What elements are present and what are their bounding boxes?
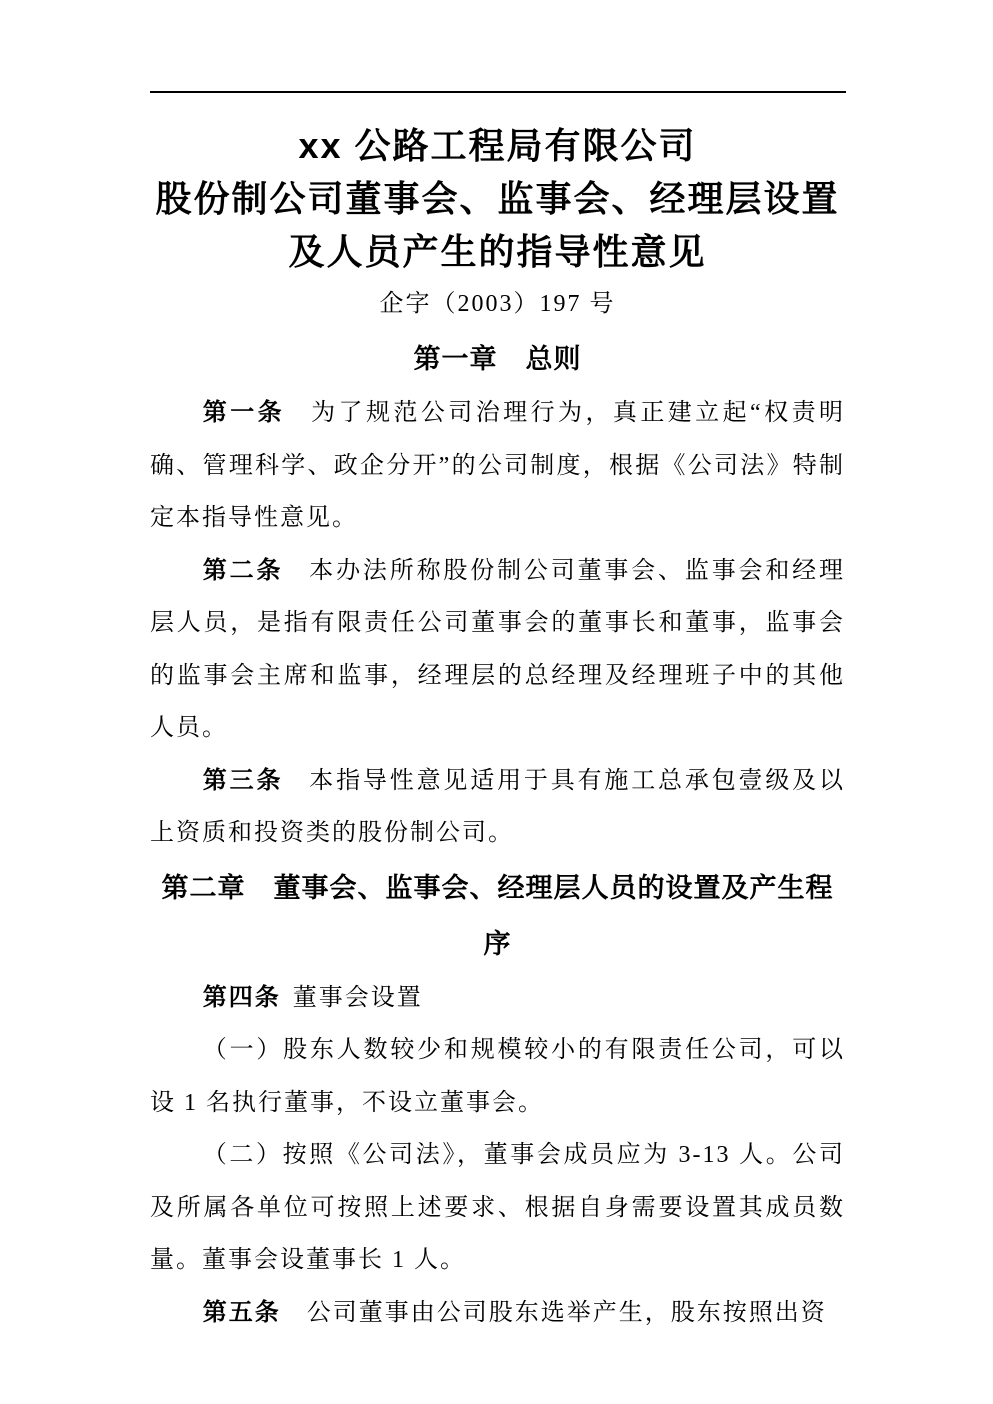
article-5-paragraph: 第五条公司董事由公司股东选举产生，股东按照出资 [150,1287,845,1340]
article-4-item-1: （一）股东人数较少和规模较小的有限责任公司，可以设 1 名执行董事，不设立董事会… [150,1024,845,1129]
document-content: xx 公路工程局有限公司 股份制公司董事会、监事会、经理层设置 及人员产生的指导… [150,119,845,1339]
document-page: xx 公路工程局有限公司 股份制公司董事会、监事会、经理层设置 及人员产生的指导… [0,0,993,1404]
article-5-label: 第五条 [203,1300,281,1326]
article-4-paragraph: 第四条董事会设置 [150,972,845,1025]
article-3-paragraph: 第三条本指导性意见适用于具有施工总承包壹级及以上资质和投资类的股份制公司。 [150,755,845,860]
document-title-line-2: 股份制公司董事会、监事会、经理层设置 [150,172,845,225]
chapter-2-heading: 第二章 董事会、监事会、经理层人员的设置及产生程序 [150,860,845,972]
article-4-text: 董事会设置 [293,985,423,1011]
article-3-label: 第三条 [203,768,283,794]
chapter-1-heading: 第一章 总则 [150,331,845,387]
header-divider-rule [150,91,846,93]
document-title: xx 公路工程局有限公司 股份制公司董事会、监事会、经理层设置 及人员产生的指导… [150,119,845,278]
document-number: 企字（2003）197 号 [150,278,845,331]
article-4-item-2: （二）按照《公司法》，董事会成员应为 3-13 人。公司及所属各单位可按照上述要… [150,1129,845,1287]
document-title-line-1: xx 公路工程局有限公司 [150,119,845,172]
article-2-paragraph: 第二条本办法所称股份制公司董事会、监事会和经理层人员，是指有限责任公司董事会的董… [150,545,845,755]
article-1-label: 第一条 [203,400,285,426]
article-5-text: 公司董事由公司股东选举产生，股东按照出资 [307,1300,827,1326]
article-2-text: 本办法所称股份制公司董事会、监事会和经理层人员，是指有限责任公司董事会的董事长和… [150,558,845,742]
document-title-line-3: 及人员产生的指导性意见 [150,225,845,278]
article-4-label: 第四条 [203,985,281,1011]
article-1-paragraph: 第一条为了规范公司治理行为，真正建立起“权责明确、管理科学、政企分开”的公司制度… [150,387,845,545]
article-2-label: 第二条 [203,558,283,584]
